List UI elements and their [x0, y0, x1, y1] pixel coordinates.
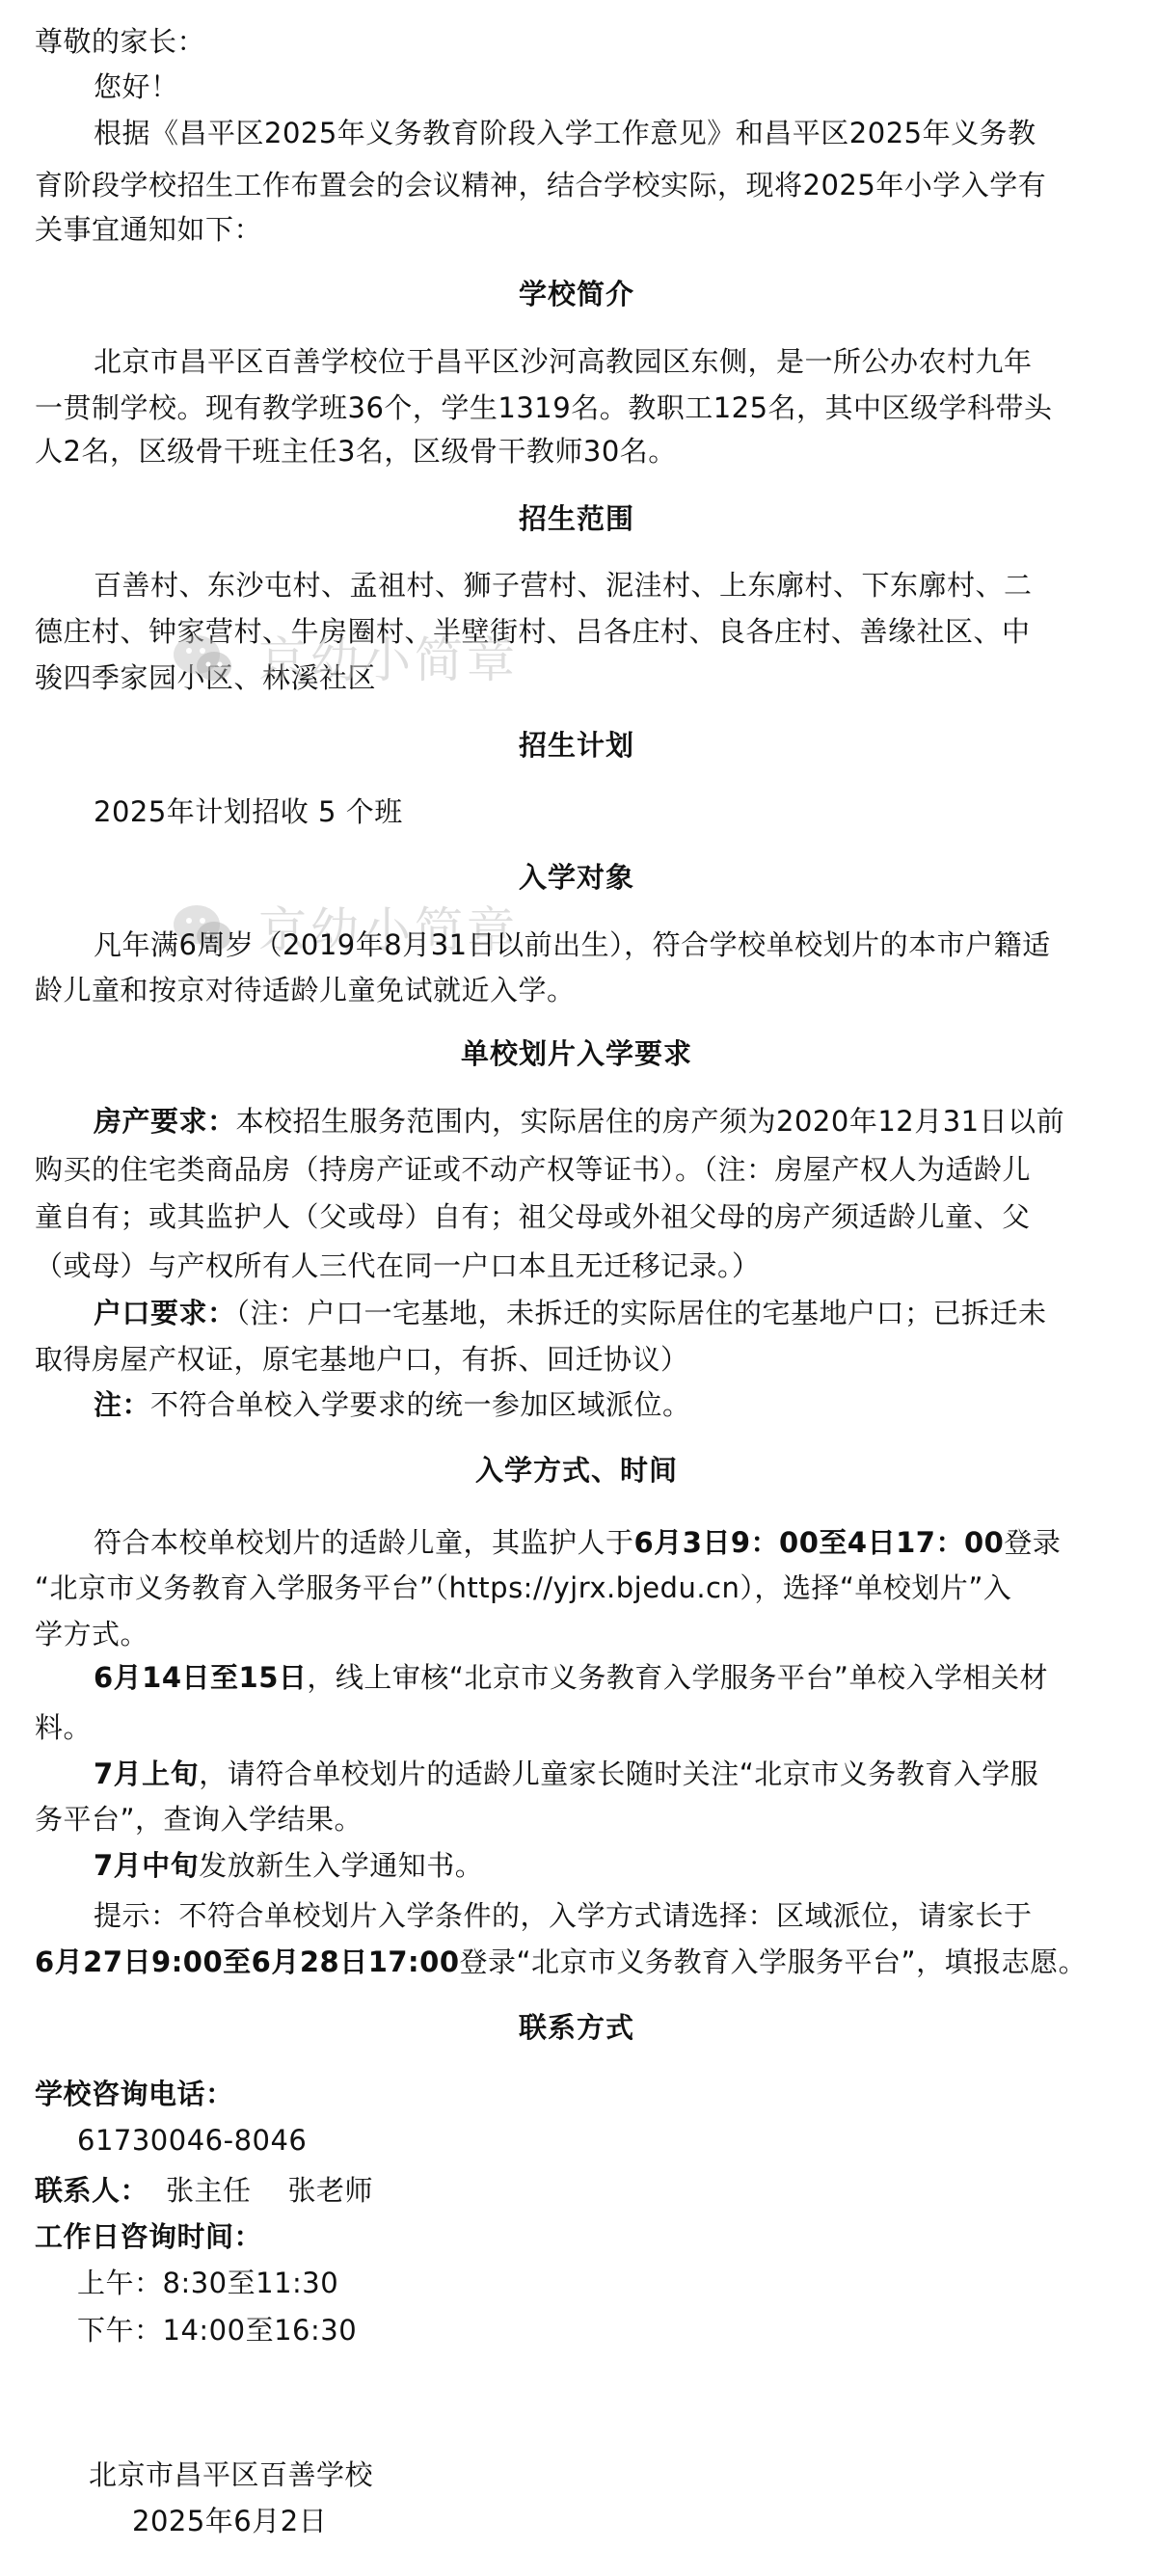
result-line: 7月上旬，请符合单校划片的适龄儿童家长随时关注“北京市义务教育入学服	[94, 1757, 1038, 1791]
tip-line: 提示：不符合单校划片入学条件的，入学方式请选择：区域派位，请家长于	[94, 1898, 1033, 1933]
school-intro-line: 北京市昌平区百善学校位于昌平区沙河高教园区东侧，是一所公办农村九年	[94, 344, 1033, 379]
afternoon-hours: 下午：14:00至16:30	[77, 2313, 357, 2348]
hours-label: 工作日咨询时间：	[35, 2219, 262, 2254]
intro-paragraph-line: 关事宜通知如下：	[35, 212, 262, 247]
intro-paragraph-line: 育阶段学校招生工作布置会的会议精神，结合学校实际，现将2025年小学入学有	[35, 168, 1046, 202]
method-line: 符合本校单校划片的适龄儿童，其监护人于6月3日9：00至4日17：00登录	[94, 1525, 1061, 1560]
enrollment-scope-line: 骏四季家园小区、林溪社区	[35, 660, 376, 695]
hours-label-text: 工作日咨询时间：	[35, 2220, 262, 2253]
phone-label: 学校咨询电话：	[35, 2077, 234, 2111]
contact-person-line: 联系人：张主任张老师	[35, 2173, 373, 2208]
hello-line: 您好！	[94, 69, 179, 104]
method-line: 学方式。	[35, 1617, 148, 1651]
section-title-eligibility: 入学对象	[0, 860, 1153, 895]
method-line: “北京市义务教育入学服务平台”（https://yjrx.bjedu.cn），选…	[35, 1570, 1011, 1605]
property-requirement-text: 本校招生服务范围内，实际居住的房产须为2020年12月31日以前	[236, 1105, 1065, 1138]
section-title-requirements: 单校划片入学要求	[0, 1036, 1153, 1071]
review-period: 6月14日至15日	[94, 1661, 307, 1694]
hukou-requirement-label: 户口要求：	[94, 1297, 236, 1329]
review-line: 6月14日至15日，线上审核“北京市义务教育入学服务平台”单校入学相关材	[94, 1660, 1048, 1695]
eligibility-line: 凡年满6周岁（2019年8月31日以前出生），符合学校单校划片的本市户籍适	[94, 927, 1051, 962]
result-period: 7月上旬	[94, 1758, 199, 1790]
greeting: 尊敬的家长：	[35, 24, 205, 59]
hukou-requirement-line: 户口要求：（注：户口一宅基地，未拆迁的实际居住的宅基地户口；已拆迁未	[94, 1296, 1047, 1330]
property-requirement-line: 房产要求：本校招生服务范围内，实际居住的房产须为2020年12月31日以前	[94, 1104, 1064, 1139]
hukou-requirement-line: 取得房屋产权证，原宅基地户口，有拆、回迁协议）	[35, 1342, 689, 1377]
property-requirement-label: 房产要求：	[94, 1105, 236, 1138]
signature-date: 2025年6月2日	[132, 2504, 327, 2538]
section-title-method-time: 入学方式、时间	[0, 1453, 1153, 1488]
requirement-note-line: 注：不符合单校入学要求的统一参加区域派位。	[94, 1387, 691, 1422]
notice-line: 7月中旬发放新生入学通知书。	[94, 1848, 483, 1883]
result-line: 务平台”，查询入学结果。	[35, 1802, 363, 1837]
morning-hours: 上午：8:30至11:30	[77, 2266, 338, 2300]
intro-paragraph-line: 根据《昌平区2025年义务教育阶段入学工作意见》和昌平区2025年义务教	[94, 116, 1036, 150]
section-title-enrollment-plan: 招生计划	[0, 728, 1153, 763]
enrollment-plan-line: 2025年计划招收 5 个班	[94, 794, 403, 829]
hukou-requirement-text: （注：户口一宅基地，未拆迁的实际居住的宅基地户口；已拆迁未	[236, 1297, 1047, 1329]
school-intro-line: 一贯制学校。现有教学班36个，学生1319名。教职工125名，其中区级学科带头	[35, 390, 1053, 425]
review-text: ，线上审核“北京市义务教育入学服务平台”单校入学相关材	[307, 1661, 1048, 1694]
phone-label-text: 学校咨询电话：	[35, 2078, 234, 2110]
method-text: 符合本校单校划片的适龄儿童，其监护人于	[94, 1526, 634, 1559]
phone-number: 61730046-8046	[77, 2123, 307, 2158]
contact-person-label: 联系人：	[35, 2174, 148, 2207]
school-intro-line: 人2名，区级骨干班主任3名，区级骨干教师30名。	[35, 434, 677, 469]
tip-line: 6月27日9:00至6月28日17:00登录“北京市义务教育入学服务平台”，填报…	[35, 1945, 1087, 1979]
registration-period: 6月3日9：00至4日17：00	[634, 1526, 1005, 1559]
section-title-contact: 联系方式	[0, 2010, 1153, 2045]
property-requirement-line: 童自有；或其监护人（父或母）自有；祖父母或外祖父母的房产须适龄儿童、父	[35, 1199, 1031, 1234]
eligibility-line: 龄儿童和按京对待适龄儿童免试就近入学。	[35, 973, 576, 1007]
requirement-note-text: 不符合单校入学要求的统一参加区域派位。	[150, 1388, 691, 1421]
enrollment-scope-line: 德庄村、钟家营村、牛房圈村、半壁街村、吕各庄村、良各庄村、善缘社区、中	[35, 614, 1031, 649]
result-text: ，请符合单校划片的适龄儿童家长随时关注“北京市义务教育入学服	[199, 1758, 1038, 1790]
contact-person-1: 张主任	[166, 2174, 252, 2207]
tip-text: 登录“北京市义务教育入学服务平台”，填报志愿。	[460, 1945, 1088, 1978]
property-requirement-line: （或母）与产权所有人三代在同一户口本且无迁移记录。）	[35, 1248, 761, 1283]
contact-person-2: 张老师	[288, 2174, 374, 2207]
review-line: 料。	[35, 1710, 92, 1745]
tip-period: 6月27日9:00至6月28日17:00	[35, 1945, 460, 1978]
enrollment-scope-line: 百善村、东沙屯村、孟祖村、狮子营村、泥洼村、上东廓村、下东廓村、二	[94, 568, 1033, 603]
requirement-note-label: 注：	[94, 1388, 150, 1421]
property-requirement-line: 购买的住宅类商品房（持房产证或不动产权等证书）。（注：房屋产权人为适龄儿	[35, 1152, 1031, 1187]
notice-text: 发放新生入学通知书。	[199, 1849, 483, 1882]
section-title-school-intro: 学校简介	[0, 277, 1153, 311]
signature-org: 北京市昌平区百善学校	[89, 2457, 373, 2492]
notice-period: 7月中旬	[94, 1849, 199, 1882]
method-text: 登录	[1004, 1526, 1061, 1559]
section-title-enrollment-scope: 招生范围	[0, 501, 1153, 536]
